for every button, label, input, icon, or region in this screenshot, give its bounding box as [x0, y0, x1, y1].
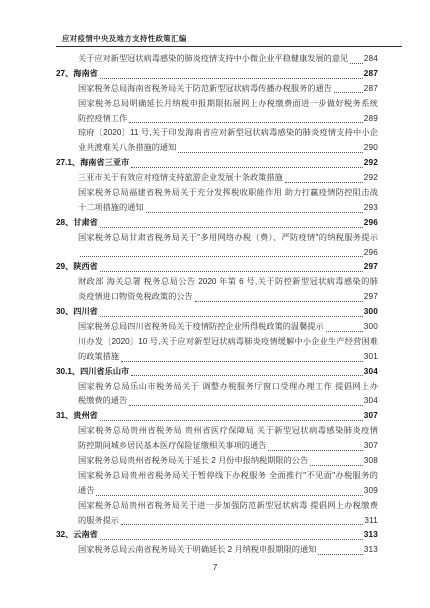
toc-entry-page-number: 289: [364, 112, 378, 127]
toc-item-entry: 国家税务总局四川省税务局关于疫情防控企业所得税政策的温馨提示300: [56, 320, 378, 335]
toc-section-entry: 31、贵州省307: [56, 409, 378, 424]
toc-item-entry: 关于应对新型冠状病毒感染的肺炎疫情支持中小微企业平稳健康发展的意见284: [56, 52, 378, 67]
toc-entry-line: 业共渡难关八条措施的通知290: [78, 141, 378, 156]
toc-entry-page-number: 311: [364, 514, 378, 529]
dot-leader: [334, 92, 363, 93]
toc-item-entry: 国家税务总局贵州省税务局关于暂停线下办税服务 全面推行"不见面"办税服务的通告3…: [56, 469, 378, 499]
dot-leader: [178, 152, 362, 153]
document-header-title: 应对疫情中央及地方支持性政策汇编: [56, 34, 402, 43]
dot-leader: [100, 316, 363, 317]
toc-entry-page-number: 292: [364, 171, 378, 186]
toc-section-entry: 30、四川省300: [56, 305, 378, 320]
toc-entry-line: 防控疫情工作289: [78, 112, 378, 127]
dot-leader: [326, 331, 363, 332]
toc-entry-page-number: 307: [364, 439, 378, 454]
toc-entry-text: 国家税务总局乐山市税务局关于 调整办税服务厅窗口受理办理工作 提倡网上办: [78, 380, 378, 395]
toc-entry-text: 27.1、海南省三亚市: [56, 156, 129, 171]
toc-entry-line: 30、四川省300: [56, 305, 378, 320]
toc-item-entry: 琼府〔2020〕11 号,关于印发海南省应对新型冠状病毒感染的肺炎疫情支持中小企…: [56, 126, 378, 156]
toc-entry-line: 税缴费的通告304: [78, 394, 378, 409]
toc-item-entry: 国家税务总局明确延长月纳税申报期限拓展网上办税缴费面进一步做好税务系统防控疫情工…: [56, 97, 378, 127]
dot-leader: [100, 539, 363, 540]
toc-entry-page-number: 307: [364, 409, 378, 424]
toc-entry-text: 关于应对新型冠状病毒感染的肺炎疫情支持中小微企业平稳健康发展的意见: [78, 52, 348, 67]
toc-section-entry: 29、陕西省297: [56, 260, 378, 275]
toc-entry-page-number: 301: [364, 350, 378, 365]
toc-entry-page-number: 309: [364, 484, 378, 499]
toc-entry-page-number: 296: [364, 216, 378, 231]
toc-entry-text: 国家税务总局云南省税务局关于明确延长 2 月纳税申报期限的通知: [78, 543, 316, 558]
toc-list: 关于应对新型冠状病毒感染的肺炎疫情支持中小微企业平稳健康发展的意见28427、海…: [56, 52, 378, 558]
toc-entry-page-number: 313: [364, 543, 378, 558]
dot-leader: [146, 212, 363, 213]
toc-entry-text: 国家税务总局贵州省税务局 贵州省医疗保障局 关于新型冠状病毒感染肺炎疫情: [78, 424, 378, 439]
dot-leader: [285, 182, 363, 183]
toc-entry-text: 30、四川省: [56, 305, 98, 320]
toc-entry-line: 31、贵州省307: [56, 409, 378, 424]
toc-entry-line: 29、陕西省297: [56, 260, 378, 275]
toc-entry-page-number: 300: [364, 320, 378, 335]
toc-entry-text: 十二项措施的通知: [78, 201, 144, 216]
toc-section-entry: 30.1、四川省乐山市304: [56, 365, 378, 380]
toc-entry-page-number: 304: [364, 394, 378, 409]
toc-entry-text: 国家税务总局贵州省税务局关于延长 2 月份申报纳税期限的公告: [78, 454, 308, 469]
toc-item-entry: 川办发〔2020〕10 号,关于应对新型冠状病毒肺炎疫情缓解中小企业生产经营困难…: [56, 335, 378, 365]
dot-leader: [129, 405, 363, 406]
toc-entry-text: 28、甘肃省: [56, 216, 98, 231]
dot-leader: [129, 122, 363, 123]
toc-item-entry: 国家税务总局甘肃省税务局关于"多用网络办税（费）、严防疫情"的纳税服务提示296: [56, 231, 378, 261]
toc-entry-line: 关于应对新型冠状病毒感染的肺炎疫情支持中小微企业平稳健康发展的意见284: [78, 52, 378, 67]
toc-entry-page-number: 304: [364, 365, 378, 380]
toc-item-entry: 国家税务总局海南省税务局关于防范新型冠状病毒传播办税服务的通告287: [56, 82, 378, 97]
toc-section-entry: 27、海南省287: [56, 67, 378, 82]
dot-leader: [268, 450, 362, 451]
toc-entry-text: 琼府〔2020〕11 号,关于印发海南省应对新型冠状病毒感染的肺炎疫情支持中小企: [78, 126, 378, 141]
toc-item-entry: 国家税务总局乐山市税务局关于 调整办税服务厅窗口受理办理工作 提倡网上办税缴费的…: [56, 380, 378, 410]
toc-item-entry: 国家税务总局云南省税务局关于明确延长 2 月纳税申报期限的通知313: [56, 543, 378, 558]
toc-entry-text: 国家税务总局贵州省税务局关于进一步加强防范新型冠状病毒 提倡网上办税缴费: [78, 499, 378, 514]
page-footer: 7: [0, 560, 430, 574]
toc-entry-text: 31、贵州省: [56, 409, 98, 424]
toc-entry-page-number: 292: [364, 156, 378, 171]
toc-entry-text: 30.1、四川省乐山市: [56, 365, 129, 380]
toc-entry-text: 财政部 海关总署 税务总局公告 2020 年第 6 号,关于防控新型冠状病毒感染…: [78, 275, 378, 290]
dot-leader: [96, 495, 362, 496]
toc-entry-line: 的政策措施301: [78, 350, 378, 365]
toc-entry-text: 国家税务总局贵州省税务局关于暂停线下办税服务 全面推行"不见面"办税服务的: [78, 469, 378, 484]
toc-entry-page-number: 293: [364, 201, 378, 216]
toc-section-entry: 32、云南省313: [56, 529, 378, 544]
toc-item-entry: 国家税务总局贵州省税务局关于进一步加强防范新型冠状病毒 提倡网上办税缴费的服务提…: [56, 499, 378, 529]
dot-leader: [131, 167, 362, 168]
toc-entry-line: 国家税务总局海南省税务局关于防范新型冠状病毒传播办税服务的通告287: [78, 82, 378, 97]
toc-entry-text: 炎疫情进口物资免税政策的公告: [78, 290, 193, 305]
toc-section-entry: 28、甘肃省296: [56, 216, 378, 231]
toc-entry-line: 三亚市关于有效应对疫情支持旅游企业发展十条政策措施292: [78, 171, 378, 186]
dot-leader: [100, 227, 363, 228]
toc-entry-line: 296: [78, 246, 378, 261]
dot-leader: [195, 301, 363, 302]
document-page: 应对疫情中央及地方支持性政策汇编 关于应对新型冠状病毒感染的肺炎疫情支持中小微企…: [0, 0, 430, 608]
toc-entry-text: 防控期间城乡居民基本医疗保险征缴相关事项的通告: [78, 439, 266, 454]
toc-entry-text: 国家税务总局甘肃省税务局关于"多用网络办税（费）、严防疫情"的纳税服务提示: [78, 231, 378, 246]
toc-item-entry: 国家税务总局贵州省税务局关于延长 2 月份申报纳税期限的公告308: [56, 454, 378, 469]
toc-entry-page-number: 290: [364, 141, 378, 156]
toc-entry-text: 的政策措施: [78, 350, 119, 365]
toc-entry-line: 十二项措施的通知293: [78, 201, 378, 216]
toc-entry-text: 防控疫情工作: [78, 112, 127, 127]
toc-entry-line: 炎疫情进口物资免税政策的公告297: [78, 290, 378, 305]
toc-item-entry: 国家税务总局福建省税务局关于充分发挥税收职能作用 助力打赢疫情防控阻击战十二项措…: [56, 186, 378, 216]
toc-entry-page-number: 297: [364, 290, 378, 305]
toc-entry-line: 30.1、四川省乐山市304: [56, 365, 378, 380]
toc-entry-page-number: 284: [364, 52, 378, 67]
toc-entry-page-number: 313: [364, 529, 378, 544]
toc-entry-text: 川办发〔2020〕10 号,关于应对新型冠状病毒肺炎疫情缓解中小企业生产经营困难: [78, 335, 378, 350]
footer-page-number: 7: [213, 562, 218, 572]
dot-leader: [318, 554, 362, 555]
toc-entry-line: 国家税务总局云南省税务局关于明确延长 2 月纳税申报期限的通知313: [78, 543, 378, 558]
dot-leader: [121, 361, 363, 362]
toc-item-entry: 财政部 海关总署 税务总局公告 2020 年第 6 号,关于防控新型冠状病毒感染…: [56, 275, 378, 305]
toc-section-entry: 27.1、海南省三亚市292: [56, 156, 378, 171]
toc-entry-text: 国家税务总局福建省税务局关于充分发挥税收职能作用 助力打赢疫情防控阻击战: [78, 186, 378, 201]
toc-entry-text: 国家税务总局四川省税务局关于疫情防控企业所得税政策的温馨提示: [78, 320, 324, 335]
toc-entry-page-number: 296: [364, 246, 378, 261]
dot-leader: [310, 465, 363, 466]
toc-entry-text: 29、陕西省: [56, 260, 98, 275]
toc-entry-text: 国家税务总局海南省税务局关于防范新型冠状病毒传播办税服务的通告: [78, 82, 332, 97]
toc-entry-page-number: 287: [364, 67, 378, 82]
toc-entry-page-number: 297: [364, 260, 378, 275]
dot-leader: [80, 256, 363, 257]
toc-entry-line: 防控期间城乡居民基本医疗保险征缴相关事项的通告307: [78, 439, 378, 454]
document-header: 应对疫情中央及地方支持性政策汇编: [56, 34, 402, 47]
dot-leader: [121, 524, 363, 525]
toc-entry-text: 32、云南省: [56, 529, 98, 544]
toc-entry-line: 28、甘肃省296: [56, 216, 378, 231]
dot-leader: [131, 375, 362, 376]
toc-entry-text: 27、海南省: [56, 67, 98, 82]
toc-entry-page-number: 300: [364, 305, 378, 320]
dot-leader: [100, 271, 363, 272]
toc-entry-text: 三亚市关于有效应对疫情支持旅游企业发展十条政策措施: [78, 171, 283, 186]
toc-entry-page-number: 287: [364, 82, 378, 97]
toc-entry-text: 税缴费的通告: [78, 394, 127, 409]
toc-entry-line: 国家税务总局贵州省税务局关于延长 2 月份申报纳税期限的公告308: [78, 454, 378, 469]
toc-entry-line: 国家税务总局四川省税务局关于疫情防控企业所得税政策的温馨提示300: [78, 320, 378, 335]
toc-entry-line: 27.1、海南省三亚市292: [56, 156, 378, 171]
toc-item-entry: 三亚市关于有效应对疫情支持旅游企业发展十条政策措施292: [56, 171, 378, 186]
toc-entry-line: 32、云南省313: [56, 529, 378, 544]
toc-entry-text: 国家税务总局明确延长月纳税申报期限拓展网上办税缴费面进一步做好税务系统: [78, 97, 378, 112]
toc-item-entry: 国家税务总局贵州省税务局 贵州省医疗保障局 关于新型冠状病毒感染肺炎疫情防控期间…: [56, 424, 378, 454]
toc-entry-text: 的服务提示: [78, 514, 119, 529]
toc-entry-text: 业共渡难关八条措施的通知: [78, 141, 176, 156]
toc-entry-line: 通告309: [78, 484, 378, 499]
toc-entry-text: 通告: [78, 484, 94, 499]
toc-entry-line: 的服务提示311: [78, 514, 378, 529]
toc-entry-line: 27、海南省287: [56, 67, 378, 82]
dot-leader: [100, 78, 363, 79]
dot-leader: [350, 63, 363, 64]
toc-entry-page-number: 308: [364, 454, 378, 469]
dot-leader: [100, 420, 363, 421]
